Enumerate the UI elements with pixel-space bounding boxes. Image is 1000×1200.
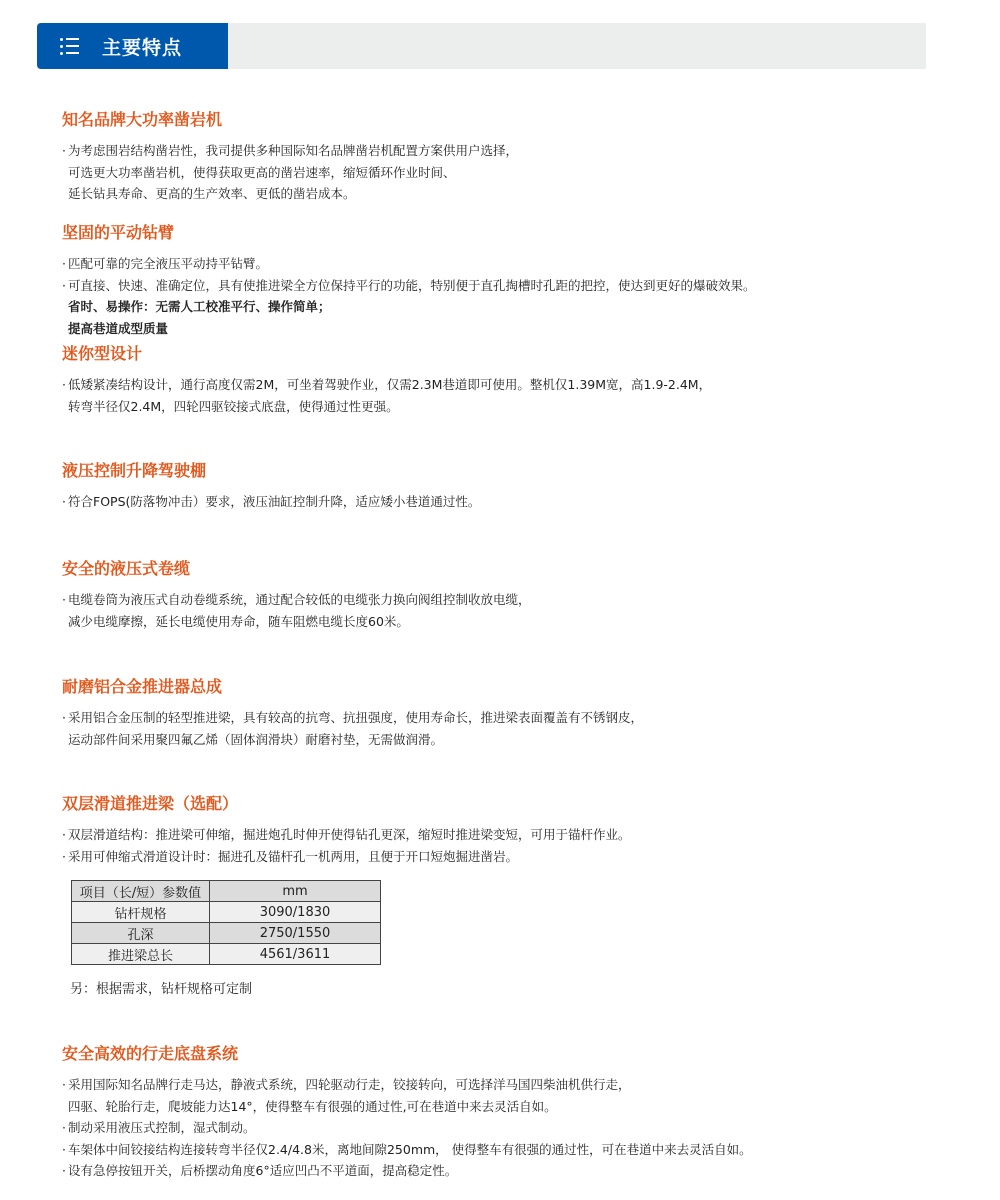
- bullet-text-continued: 减少电缆摩擦，延长电缆使用寿命，随车阻燃电缆长度60米。: [62, 611, 531, 633]
- bold-highlight-text: 省时、易操作：无需人工校准平行、操作简单；: [62, 296, 756, 318]
- list-icon: [60, 36, 82, 56]
- feature-section-cable-reel: 安全的液压式卷缆 电缆卷筒为液压式自动卷缆系统，通过配合较低的电缆张力换向阀组控…: [62, 559, 531, 632]
- bullet-text: 为考虑围岩结构凿岩性，我司提供多种国际知名品牌凿岩机配置方案供用户选择，: [62, 140, 518, 162]
- table-cell: 钻杆规格: [72, 902, 210, 923]
- bullet-text-continued: 运动部件间采用聚四氟乙烯（固体润滑块）耐磨衬垫，无需做润滑。: [62, 729, 643, 751]
- bullet-text-continued: 延长钻具寿命、更高的生产效率、更低的凿岩成本。: [62, 183, 518, 205]
- bullet-text: 车架体中间铰接结构连接转弯半径仅2.4/4.8米，离地间隙250mm， 使得整车…: [62, 1139, 752, 1161]
- table-cell: 2750/1550: [210, 923, 381, 944]
- section-title: 安全的液压式卷缆: [62, 559, 531, 579]
- bold-highlight-text: 提高巷道成型质量: [62, 318, 756, 340]
- table-row: 钻杆规格 3090/1830: [72, 902, 381, 923]
- section-title: 液压控制升降驾驶棚: [62, 461, 480, 481]
- bullet-text: 采用国际知名品牌行走马达，静液式系统，四轮驱动行走，铰接转向，可选择洋马国四柴油…: [62, 1074, 752, 1096]
- feature-section-mini-design: 迷你型设计 低矮紧凑结构设计，通行高度仅需2M，可坐着驾驶作业，仅需2.3M巷道…: [62, 344, 711, 417]
- feature-section-dual-slide: 双层滑道推进梁（选配） 双层滑道结构：推进梁可伸缩，掘进炮孔时伸开使得钻孔更深，…: [62, 794, 631, 867]
- section-title: 安全高效的行走底盘系统: [62, 1044, 752, 1064]
- feature-section-rock-drill: 知名品牌大功率凿岩机 为考虑围岩结构凿岩性，我司提供多种国际知名品牌凿岩机配置方…: [62, 110, 518, 205]
- bullet-text-continued: 可选更大功率凿岩机，使得获取更高的凿岩速率，缩短循环作业时间、: [62, 162, 518, 184]
- section-title: 知名品牌大功率凿岩机: [62, 110, 518, 130]
- bullet-text: 匹配可靠的完全液压平动持平钻臂。: [62, 253, 756, 275]
- section-title: 耐磨铝合金推进器总成: [62, 677, 643, 697]
- bullet-text: 符合FOPS(防落物冲击）要求，液压油缸控制升降，适应矮小巷道通过性。: [62, 491, 480, 513]
- section-title: 坚固的平动钻臂: [62, 223, 756, 243]
- section-header-tab: 主要特点: [37, 23, 228, 69]
- feature-section-boom: 坚固的平动钻臂 匹配可靠的完全液压平动持平钻臂。 可直接、快速、准确定位，具有使…: [62, 223, 756, 339]
- bullet-text: 电缆卷筒为液压式自动卷缆系统，通过配合较低的电缆张力换向阀组控制收放电缆，: [62, 589, 531, 611]
- bullet-text-continued: 转弯半径仅2.4M，四轮四驱铰接式底盘，使得通过性更强。: [62, 396, 711, 418]
- parameter-table: 项目（长/短）参数值 mm 钻杆规格 3090/1830 孔深 2750/155…: [71, 880, 381, 965]
- section-title: 迷你型设计: [62, 344, 711, 364]
- section-title: 双层滑道推进梁（选配）: [62, 794, 631, 814]
- table-cell: 推进梁总长: [72, 944, 210, 965]
- table-note: 另：根据需求，钻杆规格可定制: [70, 978, 252, 997]
- table-header-row: 项目（长/短）参数值 mm: [72, 881, 381, 902]
- feature-section-feeder: 耐磨铝合金推进器总成 采用铝合金压制的轻型推进梁，具有较高的抗弯、抗扭强度，使用…: [62, 677, 643, 750]
- bullet-text: 采用铝合金压制的轻型推进梁，具有较高的抗弯、抗扭强度，使用寿命长，推进梁表面覆盖…: [62, 707, 643, 729]
- table-row: 推进梁总长 4561/3611: [72, 944, 381, 965]
- bullet-text: 可直接、快速、准确定位，具有使推进梁全方位保持平行的功能，特别便于直孔掏槽时孔距…: [62, 275, 756, 297]
- bullet-text: 采用可伸缩式滑道设计时：掘进孔及锚杆孔一机两用，且便于开口短炮掘进凿岩。: [62, 846, 631, 868]
- table-cell: 3090/1830: [210, 902, 381, 923]
- bullet-text: 低矮紧凑结构设计，通行高度仅需2M，可坐着驾驶作业，仅需2.3M巷道即可使用。整…: [62, 374, 711, 396]
- page-title: 主要特点: [102, 33, 182, 60]
- bullet-text: 双层滑道结构：推进梁可伸缩，掘进炮孔时伸开使得钻孔更深，缩短时推进梁变短，可用于…: [62, 824, 631, 846]
- table-header-cell: 项目（长/短）参数值: [72, 881, 210, 902]
- bullet-text: 制动采用液压式控制，湿式制动。: [62, 1117, 752, 1139]
- table-cell: 孔深: [72, 923, 210, 944]
- feature-section-cab: 液压控制升降驾驶棚 符合FOPS(防落物冲击）要求，液压油缸控制升降，适应矮小巷…: [62, 461, 480, 513]
- bullet-text-continued: 四驱、轮胎行走，爬坡能力达14°，使得整车有很强的通过性,可在巷道中来去灵活自如…: [62, 1096, 752, 1118]
- bullet-text: 设有急停按钮开关，后桥摆动角度6°适应凹凸不平道面，提高稳定性。: [62, 1160, 752, 1182]
- feature-section-chassis: 安全高效的行走底盘系统 采用国际知名品牌行走马达，静液式系统，四轮驱动行走，铰接…: [62, 1044, 752, 1182]
- table-row: 孔深 2750/1550: [72, 923, 381, 944]
- table-header-cell: mm: [210, 881, 381, 902]
- table-cell: 4561/3611: [210, 944, 381, 965]
